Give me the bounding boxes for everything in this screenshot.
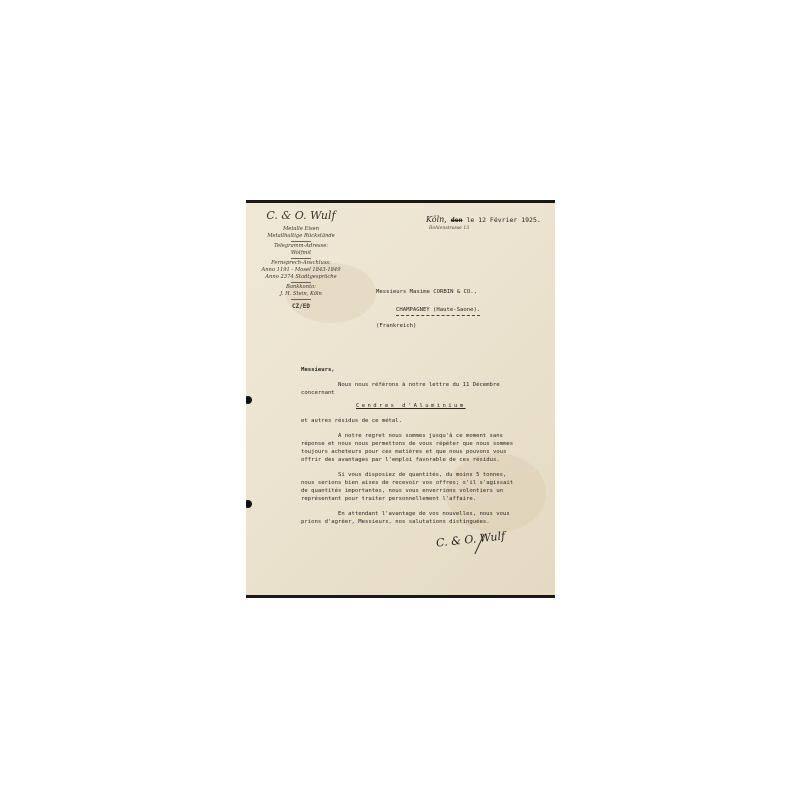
subject-line: Cendres d'Aluminium xyxy=(356,402,466,410)
city: Köln, xyxy=(426,215,447,224)
body-line: et autres résidus de ce métal. xyxy=(301,417,402,425)
bank-label: Bankkonto: xyxy=(246,284,356,291)
telegram-value: Wolfmit xyxy=(246,250,356,257)
body-line: concernant xyxy=(301,389,335,397)
signature: C. & O. Wulf xyxy=(436,529,506,549)
divider xyxy=(291,241,311,242)
salutation: Messieurs, xyxy=(301,366,335,374)
punch-hole xyxy=(246,500,252,508)
phone-line2: Anno 2374 Stadtgespräche xyxy=(246,274,356,281)
body-line: En attendant l'avantage de vos nouvelles… xyxy=(338,510,510,518)
body-line: A notre regret nous sommes jusqu'à ce mo… xyxy=(338,432,503,440)
body-line: toujours acheteurs pour ces matières et … xyxy=(301,448,506,456)
body-line: Si vous disposiez de quantités, du moins… xyxy=(338,471,506,479)
body-line: offrir des avantages par l'emploi favora… xyxy=(301,456,500,464)
divider xyxy=(291,299,311,300)
phone-line1: Anno 1191 - Mosel 1843-1849 xyxy=(246,267,356,274)
company-name: C. & O. Wulf xyxy=(246,209,356,222)
body-line: représentant pour traiter personnellemen… xyxy=(301,495,476,503)
body-line: prions d'agréer, Messieurs, nos salutati… xyxy=(301,518,490,526)
date: le 12 Février 1925. xyxy=(466,216,540,224)
letterhead-line2: Metallhaltige Rückstände xyxy=(246,233,356,240)
divider xyxy=(291,258,311,259)
letterhead: C. & O. Wulf Metalle Eisen Metallhaltige… xyxy=(246,207,356,310)
letterhead-line1: Metalle Eisen xyxy=(246,226,356,233)
body-line: de quantités importantes, nous vous enve… xyxy=(301,487,503,495)
body-line: Nous nous référons à notre lettre du 11 … xyxy=(338,381,500,389)
body-line: réponse et nous nous permettons de vous … xyxy=(301,440,513,448)
recipient-name: Messieurs Maxime CORBIN & CO., xyxy=(376,288,477,296)
telegram-label: Telegramm-Adresse: xyxy=(246,243,356,250)
den-struck: den xyxy=(451,216,463,224)
recipient-country: (Frankreich) xyxy=(376,322,416,330)
letter-page: C. & O. Wulf Metalle Eisen Metallhaltige… xyxy=(246,200,555,598)
reference-code: CZ/ED xyxy=(246,303,356,310)
recipient-town: CHAMPAGNEY (Haute-Saone). xyxy=(396,306,480,316)
date-line: Köln, den le 12 Février 1925. xyxy=(426,215,541,224)
phone-label: Fernsprech-Anschluss: xyxy=(246,260,356,267)
bank-value: J. H. Stein, Köln xyxy=(246,291,356,298)
punch-hole xyxy=(246,396,252,404)
body-line: nous serions bien aises de recevoir vos … xyxy=(301,479,513,487)
divider xyxy=(291,282,311,283)
street-address: Rohlenstrasse 13 xyxy=(429,226,469,231)
